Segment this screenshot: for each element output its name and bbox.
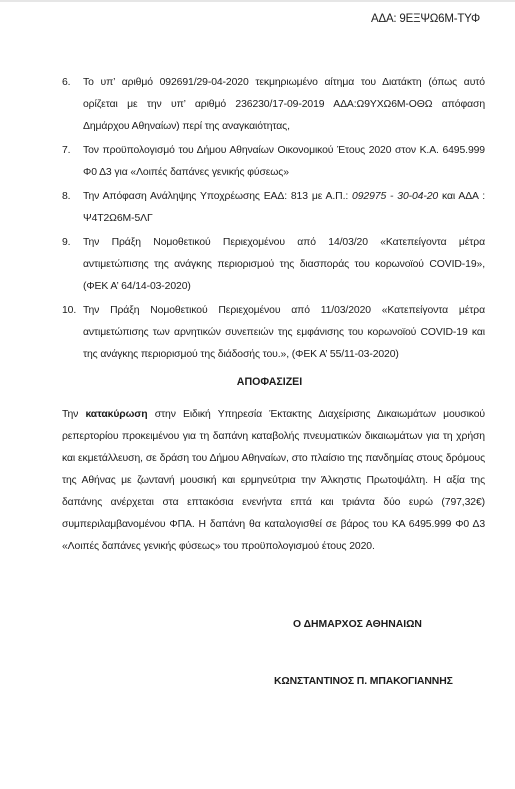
- item-number: 6.: [62, 72, 70, 94]
- decision-text: στην Ειδική Υπηρεσία Έκτακτης Διαχείριση…: [62, 409, 485, 552]
- decision-paragraph: Την κατακύρωση στην Ειδική Υπηρεσία Έκτα…: [62, 404, 485, 558]
- considerations-list: 6. Το υπ’ αριθμό 092691/29-04-2020 τεκμη…: [62, 72, 485, 368]
- consideration-item: 9. Την Πράξη Νομοθετικού Περιεχομένου απ…: [62, 232, 485, 298]
- item-number: 8.: [62, 186, 70, 208]
- decision-keyword: κατακύρωση: [85, 409, 147, 420]
- consideration-item: 10. Την Πράξη Νομοθετικού Περιεχομένου α…: [62, 300, 485, 366]
- item-text: Την Πράξη Νομοθετικού Περιεχομένου από 1…: [83, 237, 485, 292]
- decision-intro: Την: [62, 409, 85, 420]
- signer-title: Ο ΔΗΜΑΡΧΟΣ ΑΘΗΝΑΙΩΝ: [293, 619, 422, 630]
- item-text: Τον προϋπολογισμό του Δήμου Αθηναίων Οικ…: [83, 145, 485, 178]
- item-text: Την Πράξη Νομοθετικού Περιεχομένου από 1…: [83, 305, 485, 360]
- consideration-item: 6. Το υπ’ αριθμό 092691/29-04-2020 τεκμη…: [62, 72, 485, 138]
- ada-code: ΑΔΑ: 9ΕΞΨΩ6Μ-ΤΥΦ: [371, 13, 480, 25]
- item-text: Την Απόφαση Ανάληψης Υποχρέωσης ΕΑΔ: 813…: [83, 191, 352, 202]
- item-number: 9.: [62, 232, 70, 254]
- item-text: Το υπ’ αριθμό 092691/29-04-2020 τεκμηριω…: [83, 77, 485, 132]
- item-number: 7.: [62, 140, 70, 162]
- page-top-border: [0, 0, 515, 2]
- consideration-item: 8. Την Απόφαση Ανάληψης Υποχρέωσης ΕΑΔ: …: [62, 186, 485, 230]
- protocol-number: 092975 - 30-04-20: [352, 191, 438, 202]
- signer-name: ΚΩΝΣΤΑΝΤΙΝΟΣ Π. ΜΠΑΚΟΓΙΑΝΝΗΣ: [274, 676, 453, 687]
- decision-heading: ΑΠΟΦΑΣΙΖΕΙ: [0, 376, 515, 388]
- consideration-item: 7. Τον προϋπολογισμό του Δήμου Αθηναίων …: [62, 140, 485, 184]
- item-number: 10.: [62, 300, 76, 322]
